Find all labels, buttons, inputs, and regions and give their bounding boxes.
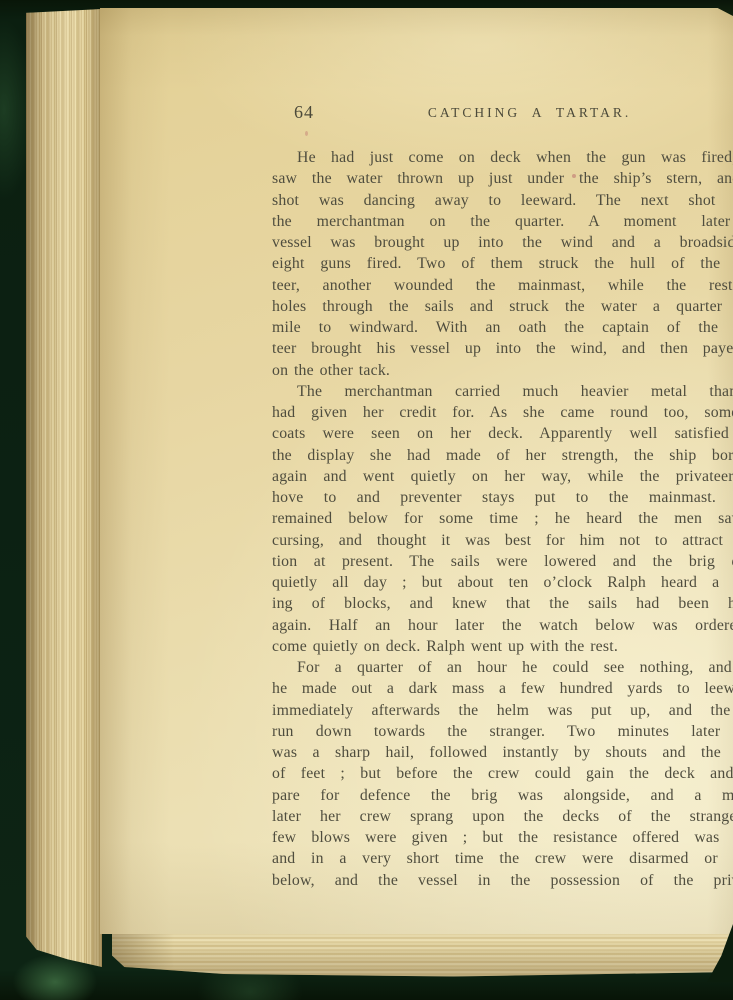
text-line: again and went quietly on her way, while… <box>272 466 733 487</box>
text-line: coats were seen on her deck. Apparently … <box>272 423 733 444</box>
text-line: vessel was brought up into the wind and … <box>272 232 733 253</box>
text-line: come quietly on deck. Ralph went up with… <box>272 636 733 657</box>
page-edge-stack-left <box>26 9 102 967</box>
text-line: hove to and preventer stays put to the m… <box>272 487 733 508</box>
text-line: below, and the vessel in the possession … <box>272 870 733 891</box>
running-title: CATCHING A TARTAR. <box>428 105 631 121</box>
text-line: eight guns fired. Two of them struck the… <box>272 253 733 274</box>
text-line: ing of blocks, and knew that the sails h… <box>272 593 733 614</box>
text-line: holes through the sails and struck the w… <box>272 296 733 317</box>
page-text: He had just come on deck when the gun wa… <box>272 147 733 891</box>
text-line: teer brought his vessel up into the wind… <box>272 338 733 359</box>
text-line: and in a very short time the crew were d… <box>272 848 733 869</box>
text-line: on the other tack. <box>272 360 733 381</box>
paragraph: He had just come on deck when the gun wa… <box>272 147 733 381</box>
text-line: had given her credit for. As she came ro… <box>272 402 733 423</box>
text-line: the merchantman on the quarter. A moment… <box>272 211 733 232</box>
book-cover: 64 CATCHING A TARTAR. He had just come o… <box>0 0 733 1000</box>
text-line: saw the water thrown up just under the s… <box>272 168 733 189</box>
text-line: mile to windward. With an oath the capta… <box>272 317 733 338</box>
text-line: the display she had made of her strength… <box>272 445 733 466</box>
text-line: He had just come on deck when the gun wa… <box>272 147 733 168</box>
text-line: pare for defence the brig was alongside,… <box>272 785 733 806</box>
text-line: shot was dancing away to leeward. The ne… <box>272 190 733 211</box>
text-line: again. Half an hour later the watch belo… <box>272 615 733 636</box>
paragraph: The merchantman carried much heavier met… <box>272 381 733 657</box>
paragraph: For a quarter of an hour he could see no… <box>272 657 733 891</box>
text-line: remained below for some time ; he heard … <box>272 508 733 529</box>
page-number: 64 <box>294 102 314 123</box>
text-line: later her crew sprang upon the decks of … <box>272 806 733 827</box>
text-line: The merchantman carried much heavier met… <box>272 381 733 402</box>
text-line: teer, another wounded the mainmast, whil… <box>272 275 733 296</box>
paper-blemish <box>305 131 308 136</box>
text-line: run down towards the stranger. Two minut… <box>272 721 733 742</box>
text-line: few blows were given ; but the resistanc… <box>272 827 733 848</box>
text-line: tion at present. The sails were lowered … <box>272 551 733 572</box>
page-edge-stack-bottom <box>112 928 733 978</box>
page-header: 64 CATCHING A TARTAR. <box>272 102 733 124</box>
book-page: 64 CATCHING A TARTAR. He had just come o… <box>100 8 733 934</box>
text-line: quietly all day ; but about ten o’clock … <box>272 572 733 593</box>
text-line: he made out a dark mass a few hundred ya… <box>272 678 733 699</box>
text-line: immediately afterwards the helm was put … <box>272 700 733 721</box>
text-line: was a sharp hail, followed instantly by … <box>272 742 733 763</box>
text-line: of feet ; but before the crew could gain… <box>272 763 733 784</box>
text-line: For a quarter of an hour he could see no… <box>272 657 733 678</box>
paper-blemish <box>572 174 576 178</box>
text-line: cursing, and thought it was best for him… <box>272 530 733 551</box>
